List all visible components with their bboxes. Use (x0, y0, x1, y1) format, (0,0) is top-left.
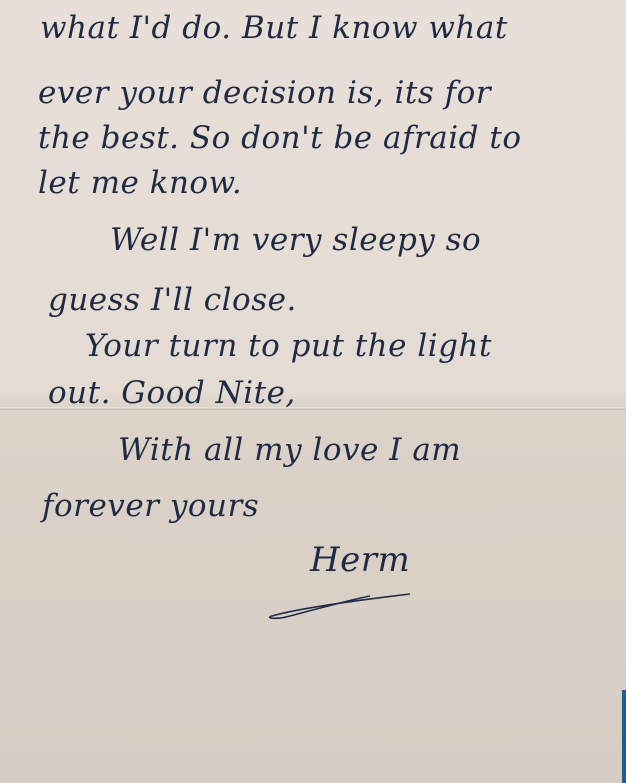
letter-line: guess I'll close. (48, 282, 297, 318)
signature-flourish (260, 590, 460, 620)
letter-line: ever your decision is, its for (38, 75, 491, 111)
letter-line: what I'd do. But I know what (40, 10, 508, 46)
closing-line: With all my love I am (118, 432, 461, 468)
signature: Herm (310, 540, 410, 580)
letter-line: Your turn to put the light (85, 328, 492, 364)
letter-line: let me know. (38, 165, 242, 201)
letter-line: Well I'm very sleepy so (110, 222, 481, 258)
letter-page: what I'd do. But I know what ever your d… (0, 0, 626, 783)
background-edge (622, 690, 626, 783)
letter-line: out. Good Nite, (48, 375, 296, 411)
letter-line: the best. So don't be afraid to (38, 120, 521, 156)
closing-line: forever yours (42, 488, 259, 524)
